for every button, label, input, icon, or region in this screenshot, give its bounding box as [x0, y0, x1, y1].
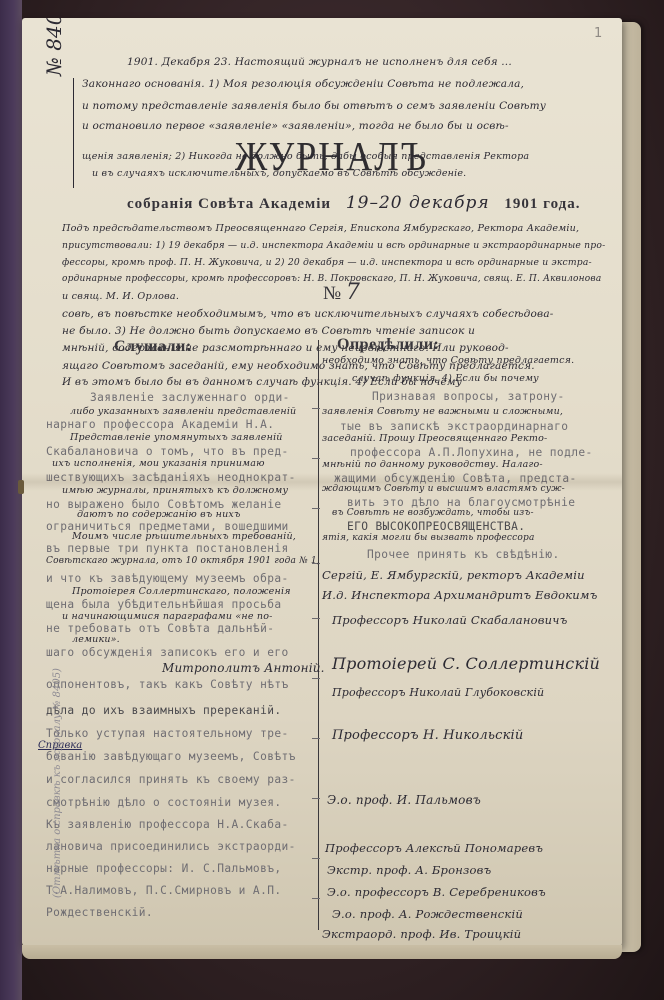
header-note-line: и въ случаяхъ исключительныхъ, допускаем… — [92, 168, 466, 179]
interlinear-note: заявленія Совѣту не важными и сложными, — [322, 406, 563, 417]
journal-subtitle: собранія Совѣта Академіи 19–20 декабря 1… — [127, 193, 580, 213]
presidency-line: фессоры, кромѣ проф. П. Н. Жуковича, и 2… — [62, 257, 592, 268]
subtitle-year: 1901 — [504, 196, 538, 212]
typed-line: тые въ запискѣ экстраординарнаго — [340, 420, 568, 433]
typed-line: въ первые три пункта постановленія — [46, 542, 289, 555]
interlinear-note: необходимо знать, что Совѣту предлагаетс… — [322, 355, 574, 366]
signature: Э.о. профессоръ В. Серебрениковъ — [327, 885, 546, 899]
signature: Экстр. проф. А. Бронзовъ — [327, 863, 491, 877]
resolved-heading: Опредѣлили: — [337, 336, 439, 354]
heard-heading: Слушали: — [114, 338, 192, 356]
interlinear-note: ихъ исполненія, мои указанія принимаю — [52, 458, 265, 469]
typed-line: шествующихъ засѣданіяхъ неоднократ- — [46, 471, 296, 484]
inventory-underline — [73, 78, 74, 188]
subtitle-suffix: года. — [543, 196, 580, 212]
binding-clip — [18, 480, 24, 494]
header-note-line: 1901. Декабря 23. Настоящий журналъ не и… — [127, 56, 512, 68]
inventory-number: № 8405 — [42, 18, 66, 76]
signature: Профессоръ Алексѣй Пономаревъ — [325, 841, 543, 855]
typed-line: бованію завѣдующаго музеемъ, Совѣтъ — [46, 750, 296, 763]
header-note-line: щенія заявленія; 2) Никогда не должно бы… — [82, 151, 529, 162]
number-label: № — [323, 283, 341, 304]
typed-line: Т.А.Налимовъ, П.С.Смирновъ и А.П. — [46, 884, 281, 897]
typed-line: Прочее принять къ свѣдѣнію. — [367, 548, 560, 561]
typed-line: и что къ завѣдующему музеемъ обра- — [46, 572, 289, 585]
interlinear-note: даютъ по содержанію въ нихъ — [77, 509, 241, 520]
typed-line: Къ заявленію профессора Н.А.Скаба- — [46, 818, 289, 831]
typed-line: Только уступая настоятельному тре- — [46, 727, 289, 740]
signature: Экстраорд. проф. Ив. Троицкій — [322, 927, 521, 941]
typed-line: Рождественскій. — [46, 906, 153, 919]
subtitle-date: 19–20 декабря — [346, 193, 490, 213]
interlinear-note: Представленіе упомянутыхъ заявленій — [70, 432, 283, 443]
header-note-line: и остановило первое «заявленіе» «заявлен… — [82, 120, 509, 132]
interlinear-note: ждающимъ Совѣту и высшимъ властямъ суж- — [322, 484, 565, 494]
typed-line: ЕГО ВЫСОКОПРЕОСВЯЩЕНСТВА. — [347, 520, 525, 533]
typed-line: нарные профессоры: И. С.Пальмовъ, — [46, 862, 281, 875]
page-bottom-edge — [22, 945, 622, 959]
presidency-line: присутствовали: 1) 19 декабря — и.д. инс… — [62, 240, 605, 251]
interlinear-note: Моимъ числе рѣшительныхъ требованій, — [72, 531, 296, 542]
interlinear-note: мнѣній по данному руководству. Налаго- — [322, 459, 543, 470]
typed-line: нарнаго профессора Академіи Н.А. — [46, 418, 274, 431]
binding-cover-edge — [0, 0, 22, 1000]
number-value: 7 — [346, 280, 360, 305]
header-note-line: Законнаго основанія. 1) Моя резолюція об… — [82, 78, 524, 90]
typed-line: жащими обсужденію Совѣта, предста- — [334, 472, 577, 485]
signature: И.д. Инспектора Архимандритъ Евдокимъ — [322, 588, 598, 602]
resolution-note-line: совѣ, въ повѣстке необходимымъ, что въ и… — [62, 308, 554, 320]
interlinear-note: въ Совѣтѣ не возбуждать, чтобы изъ- — [332, 508, 534, 518]
typed-line: лановича присоединились экстраорди- — [46, 840, 296, 853]
interlinear-note: случаѣ функція. 4) Если бы почему — [352, 373, 539, 384]
typed-line: оппонентовъ, такъ какъ Совѣту нѣтъ — [46, 678, 289, 691]
presidency-line: и свящ. М. И. Орлова. — [62, 291, 179, 302]
header-note-line: и потому представленіе заявленія было бы… — [82, 100, 546, 112]
subtitle-prefix: собранія Совѣта Академіи — [127, 196, 331, 212]
interlinear-note: заседаній. Прошу Преосвященнаго Ректо- — [322, 433, 547, 444]
signature: Профессоръ Н. Никольскій — [332, 728, 524, 743]
pencil-margin-note: (Отмѣтка о справкѣ къ журналу № 8405) — [52, 668, 63, 898]
typed-line: Заявленіе заслуженнаго орди- — [90, 391, 290, 404]
typed-line: шаго обсужденія записокъ его и его — [46, 646, 289, 659]
journal-page: 1 № 8405 1901. Декабря 23. Настоящий жур… — [22, 18, 622, 948]
typed-line: щена была убѣдительнѣйшая просьба — [46, 598, 281, 611]
journal-number: № 7 — [323, 280, 360, 305]
interlinear-note: Совѣтскаго журнала, отъ 10 октября 1901 … — [46, 556, 320, 566]
interlinear-note: либо указанныхъ заявленіи представленій — [70, 406, 296, 417]
typed-line: Признавая вопросы, затрону- — [372, 390, 565, 403]
signature: Э.о. проф. А. Рождественскій — [332, 907, 523, 921]
typed-line: дѣла до ихъ взаимныхъ пререканій. — [46, 704, 281, 717]
typed-line: Скабалановича о томъ, что въ пред- — [46, 445, 289, 458]
interlinear-note: лемики». — [72, 634, 120, 645]
signature: Сергій, Е. Ямбургскій, ректоръ Академіи — [322, 568, 585, 582]
signature: Профессоръ Николай Глубоковскій — [332, 686, 544, 699]
interlinear-note: имѣю журналы, принятыхъ къ должному — [62, 485, 288, 496]
presidency-line: Подъ предсѣдательствомъ Преосвященнаго С… — [62, 223, 579, 234]
signature: Э.о. проф. И. Пальмовъ — [327, 793, 481, 807]
metropolitan-signature: Митрополитъ Антоній. — [162, 661, 325, 675]
typed-line: профессора А.П.Лопухина, не подле- — [350, 446, 593, 459]
signature: Профессоръ Николай Скабалановичъ — [332, 613, 567, 627]
folio-number: 1 — [594, 26, 602, 41]
interlinear-note: Протоіерея Соллертинскаго, положенія — [72, 586, 291, 597]
interlinear-note: и начинающимися параграфами «не по- — [62, 611, 273, 622]
signature: Протоіерей С. Соллертинскій — [332, 654, 600, 673]
typed-line: смотрѣнію дѣло о состояніи музея. — [46, 796, 281, 809]
typed-line: и согласился принять къ своему раз- — [46, 773, 296, 786]
interlinear-note: ятія, какія могли бы вызвать профессора — [322, 533, 535, 543]
